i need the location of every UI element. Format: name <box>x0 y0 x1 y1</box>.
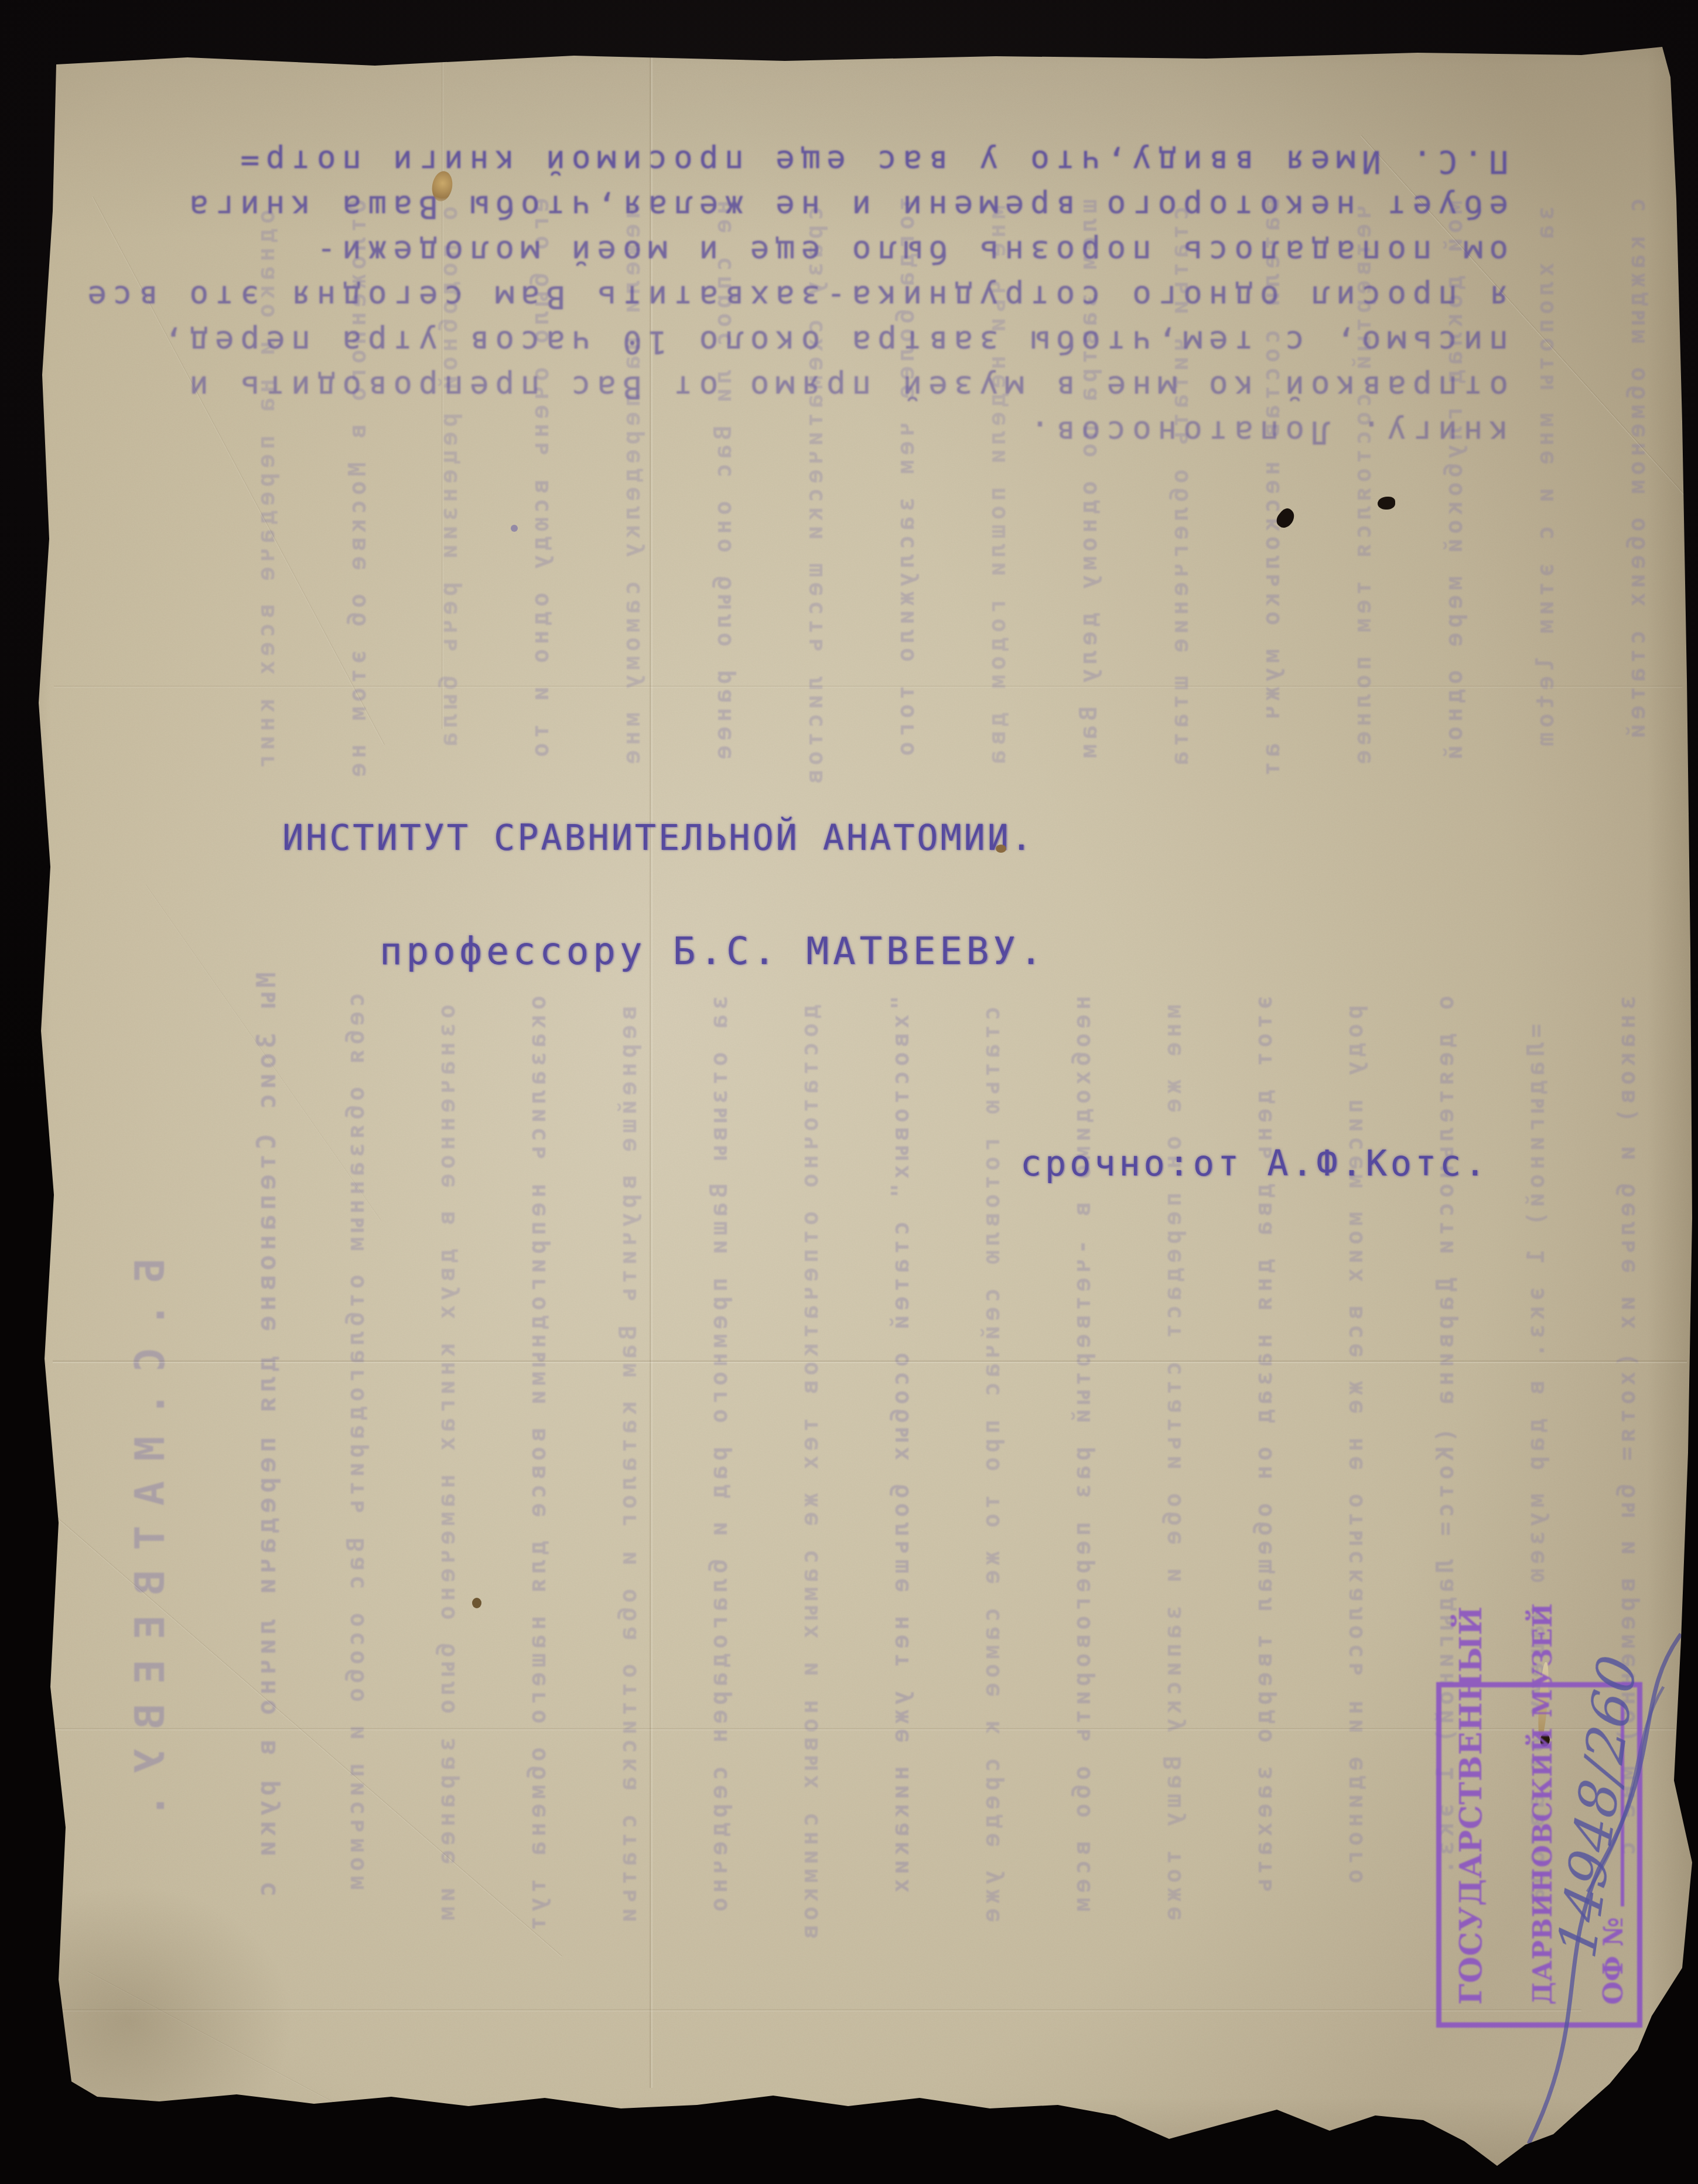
ps-line: ебует некоторого времени и не желая,чтоб… <box>97 184 1508 230</box>
fold-crease-horizontal <box>54 685 1682 688</box>
bleed-column: Б.С.МАТВЕЕВУ. <box>126 1258 174 1838</box>
postscript-flipped-block: книгу. Лопатоносов.отправкой ко мне в му… <box>97 139 1508 455</box>
bleed-column: необходимо в -четвертый раз переговорить… <box>1069 996 1096 1916</box>
bleed-column: роду писем моих все же не отыскалось ни … <box>1341 1005 1368 1888</box>
bleed-column: себя обязанным отблагодарить Вас особо и… <box>343 993 370 1895</box>
bleed-column: "хвостовых" статей особых больше нет уже… <box>887 996 914 1898</box>
letter-sheet: однако и на передаче всех книгОтложенног… <box>0 0 1698 2184</box>
bleed-column: за хлопоты мне и с этим letom <box>1532 206 1559 751</box>
brown-speck <box>996 845 1006 853</box>
bleed-column: достаточно отпечатков тех же самых и нов… <box>797 1004 824 1944</box>
scanner-background: однако и на передаче всех книгОтложенног… <box>0 0 1698 2184</box>
brown-speck <box>472 1598 481 1608</box>
ps-line: книгу. Лопатоносов. <box>97 410 1508 455</box>
ps-line: отправкой ко мне в музей прямо от Вас пр… <box>97 365 1508 410</box>
ink-dot <box>511 525 518 532</box>
fold-crease-horizontal <box>53 1728 1675 1731</box>
bleed-column: вернейше вручить Вам каталог и оба оттис… <box>615 1006 642 1927</box>
urgency-sender-line: срочно:от А.Ф.Котс. <box>1020 1143 1489 1184</box>
bleed-column: оказались непригодными вовсе для нашего … <box>524 996 551 1935</box>
bleed-column: Мы Зоис Степановне для передачи лично в … <box>252 972 282 1902</box>
bleed-column: клетки для Вас были еще (в запасе) и гот… <box>1690 1013 1698 1821</box>
ps-line: П.С. Имея ввиду,что у вас еще просимой к… <box>97 139 1508 184</box>
bleed-column: этот день два дня назад он обещал твердо… <box>1251 996 1277 1898</box>
recipient-institute-line: ИНСТИТУТ СРАВНИТЕЛЬНОЙ АНАТОМИИ. <box>282 818 1034 859</box>
bleed-column: мне же он передаст статьи обе и записку … <box>1160 1004 1187 1925</box>
bleed-column: означенное в двух книгах намечено было з… <box>433 1004 460 1925</box>
bleed-column: вне связи с переездом тогда ж <box>1690 205 1698 750</box>
bleed-column: с каждым обменом обеих статей <box>1624 198 1651 743</box>
stamp-line-state: ГОСУДАРСТВЕННЫЙ <box>1453 1703 1489 2005</box>
fold-crease-horizontal <box>53 1360 1687 1363</box>
ps-line: ом попадалось порознь было еще и моей мо… <box>97 230 1508 275</box>
bleed-column: за отзывы Ваши премного рад и благодарен… <box>706 996 733 1916</box>
bleed-column: статью готовлю сейчас про то же самое к … <box>978 1006 1005 1927</box>
ps-line: я просил одного сотрудника-захватить Вам… <box>97 275 1508 320</box>
dark-fleck <box>1378 497 1395 510</box>
ps-line: письмо, с тем,чтобы завтра около 10 часо… <box>97 320 1508 365</box>
recipient-professor-line: профессору Б.С. МАТВЕЕВУ. <box>380 930 1046 973</box>
